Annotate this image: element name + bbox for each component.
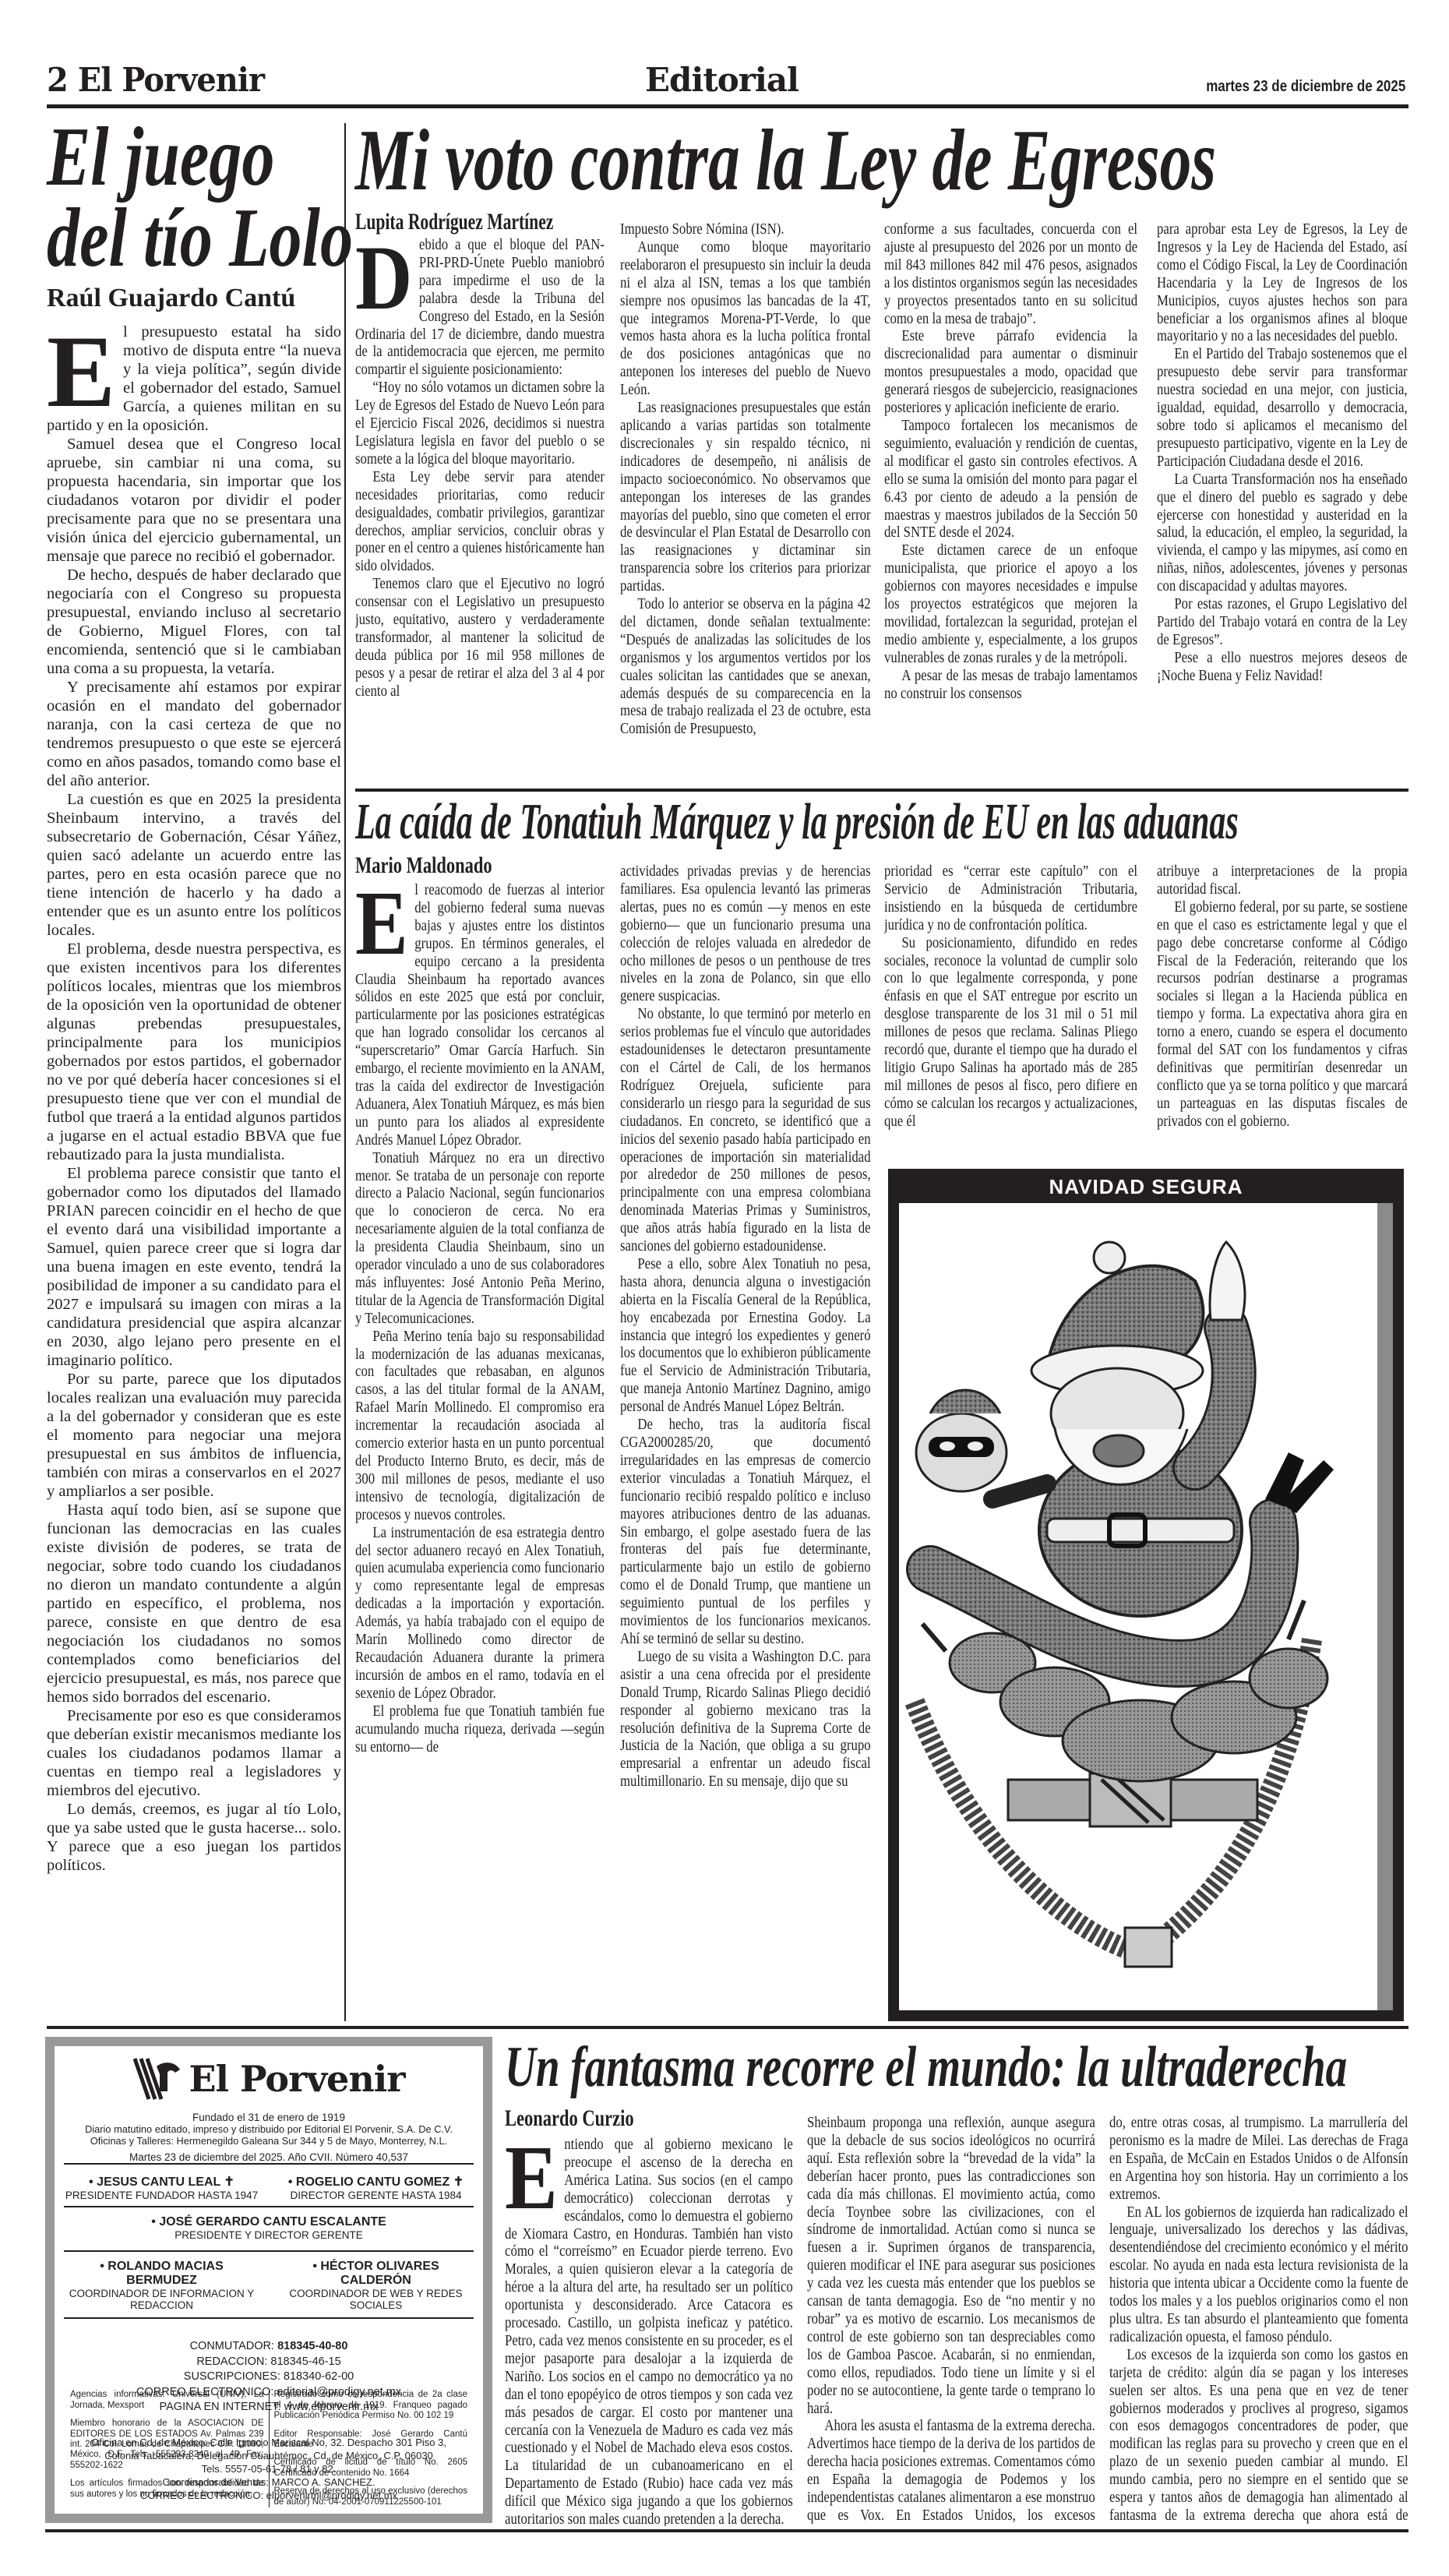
fine-print-text: Registrado como correspondencia de 2a cl… bbox=[274, 2390, 468, 2421]
article-tonatiuh-col-1: E l reacomodo de fuerzas al interior del… bbox=[355, 882, 605, 2023]
paragraph: Tampoco fortalecen los mecanismos de seg… bbox=[884, 418, 1137, 542]
fine-print-text: Editor Responsable: José Gerardo Cantú E… bbox=[274, 2430, 468, 2451]
fine-print-text: Los artículos firmados son responsabilid… bbox=[70, 2479, 264, 2500]
header-rule bbox=[47, 104, 1408, 108]
masthead-person-role: COORDINADOR DE INFORMACION Y REDACCION bbox=[64, 2288, 259, 2311]
paragraph: Pese a ello nuestros mejores deseos de ¡… bbox=[1157, 650, 1408, 686]
fine-print-text: Certificado de licitud de título No. 260… bbox=[274, 2458, 468, 2479]
paragraph: Hasta aquí todo bien, así se supone que … bbox=[47, 1501, 341, 1706]
masthead-separator bbox=[64, 2206, 474, 2207]
paragraph: El gobierno federal, por su parte, se so… bbox=[1157, 899, 1408, 1131]
article-lolo-author: Raúl Guajardo Cantú bbox=[47, 284, 295, 313]
paragraph: De hecho, tras la auditoría fiscal CGA20… bbox=[620, 1417, 871, 1649]
paragraph: En el Partido del Trabajo sostenemos que… bbox=[1157, 346, 1408, 471]
fine-print-text: Reserva de derechos al uso exclusivo (de… bbox=[274, 2486, 468, 2507]
paragraph: De hecho, después de haber declarado que… bbox=[47, 566, 341, 678]
paragraph: Peña Merino tenía bajo su responsabilida… bbox=[355, 1329, 605, 1525]
masthead-suscripciones: SUSCRIPCIONES: 818340-62-00 bbox=[55, 2370, 483, 2385]
article-tonatiuh-author: Mario Maldonado bbox=[355, 852, 492, 879]
paragraph: Por estas razones, el Grupo Legislativo … bbox=[1157, 596, 1408, 650]
masthead-separator bbox=[64, 2250, 474, 2252]
section-title: Editorial bbox=[645, 61, 799, 99]
paragraph: Impuesto Sobre Nómina (ISN). bbox=[620, 221, 871, 239]
article-tonatiuh-title: La caída de Tonatiuh Márquez y la presió… bbox=[355, 796, 1239, 848]
article-tonatiuh-col-3: prioridad es “cerrar este capítulo” con … bbox=[884, 863, 1137, 1161]
conmutador-label: CONMUTADOR: bbox=[190, 2340, 274, 2352]
paragraph: Luego de su visita a Washington D.C. par… bbox=[620, 1649, 871, 1791]
paragraph: La cuestión es que en 2025 la presidenta… bbox=[47, 790, 341, 940]
paragraph: actividades privadas previas y de herenc… bbox=[620, 863, 871, 1006]
cartoon-texture-edge bbox=[1377, 1203, 1393, 2010]
paragraph: En AL los gobiernos de izquierda han rad… bbox=[1109, 2204, 1408, 2347]
paragraph: Aunque como bloque mayoritario reelabora… bbox=[620, 239, 871, 400]
masthead-logo-text: El Porvenir bbox=[189, 2058, 405, 2100]
paragraph: Ahora les asusta el fantasma de la extre… bbox=[807, 2418, 1095, 2526]
article-tonatiuh-dropcap: E bbox=[355, 887, 408, 960]
paragraph: El problema fue que Tonatiuh también fue… bbox=[355, 1703, 605, 1757]
cartoon-illustration-icon bbox=[899, 1203, 1376, 2010]
page-bottom-rule bbox=[45, 2529, 1408, 2532]
paragraph: Esta Ley debe servir para atender necesi… bbox=[355, 469, 605, 576]
cartoon-title: NAVIDAD SEGURA bbox=[888, 1169, 1404, 1203]
paragraph: Los excesos de la izquierda son como los… bbox=[1109, 2347, 1408, 2526]
masthead-person-name: • ROGELIO CANTU GOMEZ ✝ bbox=[269, 2174, 483, 2190]
masthead-person-role: DIRECTOR GERENTE HASTA 1984 bbox=[269, 2190, 483, 2201]
paragraph: Lo demás, creemos, es jugar al tío Lolo,… bbox=[47, 1800, 341, 1875]
section-rule-bottom bbox=[47, 2026, 1408, 2029]
masthead-founded: Fundado el 31 de enero de 1919 bbox=[55, 2112, 483, 2123]
paragraph: “Hoy no sólo votamos un dictamen sobre l… bbox=[355, 379, 605, 469]
paragraph: atribuye a interpretaciones de la propia… bbox=[1157, 863, 1408, 899]
article-voto-title: Mi voto contra la Ley de Egresos bbox=[355, 117, 1216, 204]
masthead-person-name: • JESUS CANTU LEAL ✝ bbox=[55, 2174, 269, 2190]
masthead-box: El Porvenir Fundado el 31 de enero de 19… bbox=[45, 2037, 492, 2523]
paragraph: Este breve párrafo evidencia la discreci… bbox=[884, 328, 1137, 418]
masthead-separator bbox=[64, 2163, 474, 2165]
page-number-label: 2 El Porvenir bbox=[47, 61, 264, 99]
paragraph: Este dictamen carece de un enfoque munic… bbox=[884, 542, 1137, 667]
cartoon-image bbox=[899, 1203, 1393, 2010]
article-lolo-title-line1: El juego bbox=[47, 115, 275, 199]
article-fantasma-dropcap: E bbox=[505, 2141, 558, 2214]
article-lolo-title-line2: del tío Lolo bbox=[47, 196, 353, 281]
fine-print-text: Agencias informativas: Universal (UNIV),… bbox=[70, 2390, 264, 2411]
paragraph: Todo lo anterior se observa en la página… bbox=[620, 596, 871, 739]
paragraph: Tonatiuh Márquez no era un directivo men… bbox=[355, 1150, 605, 1329]
article-tonatiuh-col-4: atribuye a interpretaciones de la propia… bbox=[1157, 863, 1408, 1161]
masthead-person-role: PRESIDENTE Y DIRECTOR GERENTE bbox=[55, 2229, 483, 2241]
masthead-logo: El Porvenir bbox=[55, 2052, 483, 2105]
article-voto-col-1: D ebido a que el bloque del PAN-PRI-PRD-… bbox=[355, 237, 605, 784]
fine-print-text: Miembro honorario de la ASOCIACION DE ED… bbox=[70, 2419, 264, 2471]
paragraph: Su posicionamiento, difundido en redes s… bbox=[884, 935, 1137, 1131]
paragraph: Por su parte, parece que los diputados l… bbox=[47, 1370, 341, 1501]
cartoon-navidad-segura: NAVIDAD SEGURA bbox=[888, 1169, 1404, 2021]
masthead-redaccion: REDACCION: 818345-46-15 bbox=[55, 2355, 483, 2370]
paragraph: Y precisamente ahí estamos por expirar o… bbox=[47, 678, 341, 790]
article-fantasma-title: Un fantasma recorre el mundo: la ultrade… bbox=[505, 2038, 1347, 2096]
article-fantasma-col-2: Sheinbaum proponga una reflexión, aunque… bbox=[807, 2115, 1095, 2526]
paragraph: A pesar de las mesas de trabajo lamentam… bbox=[884, 668, 1137, 704]
masthead-publisher: Diario matutino editado, impreso y distr… bbox=[55, 2123, 483, 2135]
paragraph: para aprobar esta Ley de Egresos, la Ley… bbox=[1157, 221, 1408, 346]
masthead-fine-print: Agencias informativas: Universal (UNIV),… bbox=[65, 2390, 472, 2507]
paragraph: do, entre otras cosas, al trumpismo. La … bbox=[1109, 2115, 1408, 2204]
paragraph: Las reasignaciones presupuestales que es… bbox=[620, 400, 871, 596]
masthead-person-name: • ROLANDO MACIAS BERMUDEZ bbox=[64, 2260, 259, 2288]
paragraph: Precisamente por eso es que consideramos… bbox=[47, 1706, 341, 1800]
masthead-person-role: PRESIDENTE FUNDADOR HASTA 1947 bbox=[55, 2190, 269, 2201]
paragraph: Pese a ello, sobre Alex Tonatiuh no pesa… bbox=[620, 1256, 871, 1417]
paragraph: La instrumentación de esa estrategia den… bbox=[355, 1525, 605, 1703]
conmutador-number: 818345-40-80 bbox=[277, 2340, 347, 2352]
article-voto-col-3: conforme a sus facultades, concuerda con… bbox=[884, 221, 1137, 784]
paragraph: prioridad es “cerrar este capítulo” con … bbox=[884, 863, 1137, 935]
horse-logo-icon bbox=[133, 2056, 182, 2102]
paragraph: El problema, desde nuestra perspectiva, … bbox=[47, 940, 341, 1164]
paragraph: conforme a sus facultades, concuerda con… bbox=[884, 221, 1137, 328]
paragraph: El problema parece consistir que tanto e… bbox=[47, 1164, 341, 1370]
article-lolo-dropcap: E bbox=[47, 330, 115, 413]
masthead-edition: Martes 23 de diciembre del 2025. Año CVI… bbox=[55, 2151, 483, 2163]
column-divider bbox=[344, 123, 346, 2021]
article-voto-author: Lupita Rodríguez Martínez bbox=[355, 209, 553, 235]
article-tonatiuh-col-2: actividades privadas previas y de herenc… bbox=[620, 863, 871, 2023]
masthead-person-name: • HÉCTOR OLIVARES CALDERÓN bbox=[278, 2260, 474, 2288]
article-fantasma-col-1: E ntiendo que al gobierno mexicano le pr… bbox=[505, 2137, 793, 2526]
masthead-inner: El Porvenir Fundado el 31 de enero de 19… bbox=[55, 2046, 483, 2514]
section-rule bbox=[355, 789, 1408, 792]
paragraph: Tenemos claro que el Ejecutivo no logró … bbox=[355, 576, 605, 700]
paragraph: Samuel desea que el Congreso local aprue… bbox=[47, 435, 341, 566]
article-voto-dropcap: D bbox=[355, 242, 412, 315]
paragraph: Sheinbaum proponga una reflexión, aunque… bbox=[807, 2115, 1095, 2418]
masthead-person-role: COORDINADOR DE WEB Y REDES SOCIALES bbox=[278, 2288, 474, 2311]
article-fantasma-author: Leonardo Curzio bbox=[505, 2105, 634, 2132]
article-voto-col-2: Impuesto Sobre Nómina (ISN). Aunque como… bbox=[620, 221, 871, 784]
page-date: martes 23 de diciembre de 2025 bbox=[1206, 78, 1405, 96]
article-voto-col-4: para aprobar esta Ley de Egresos, la Ley… bbox=[1157, 221, 1408, 784]
masthead-conmutador: CONMUTADOR: 818345-40-80 bbox=[55, 2339, 483, 2355]
article-lolo-body: E l presupuesto estatal ha sido motivo d… bbox=[47, 323, 341, 2013]
masthead-offices: Oficinas y Talleres: Hermenegildo Galean… bbox=[55, 2135, 483, 2147]
masthead-separator bbox=[64, 2317, 474, 2319]
paragraph: La Cuarta Transformación nos ha enseñado… bbox=[1157, 471, 1408, 596]
article-fantasma-col-3: do, entre otras cosas, al trumpismo. La … bbox=[1109, 2115, 1408, 2526]
masthead-person-name: • JOSÉ GERARDO CANTU ESCALANTE bbox=[55, 2215, 483, 2229]
paragraph: No obstante, lo que terminó por meterlo … bbox=[620, 1006, 871, 1256]
